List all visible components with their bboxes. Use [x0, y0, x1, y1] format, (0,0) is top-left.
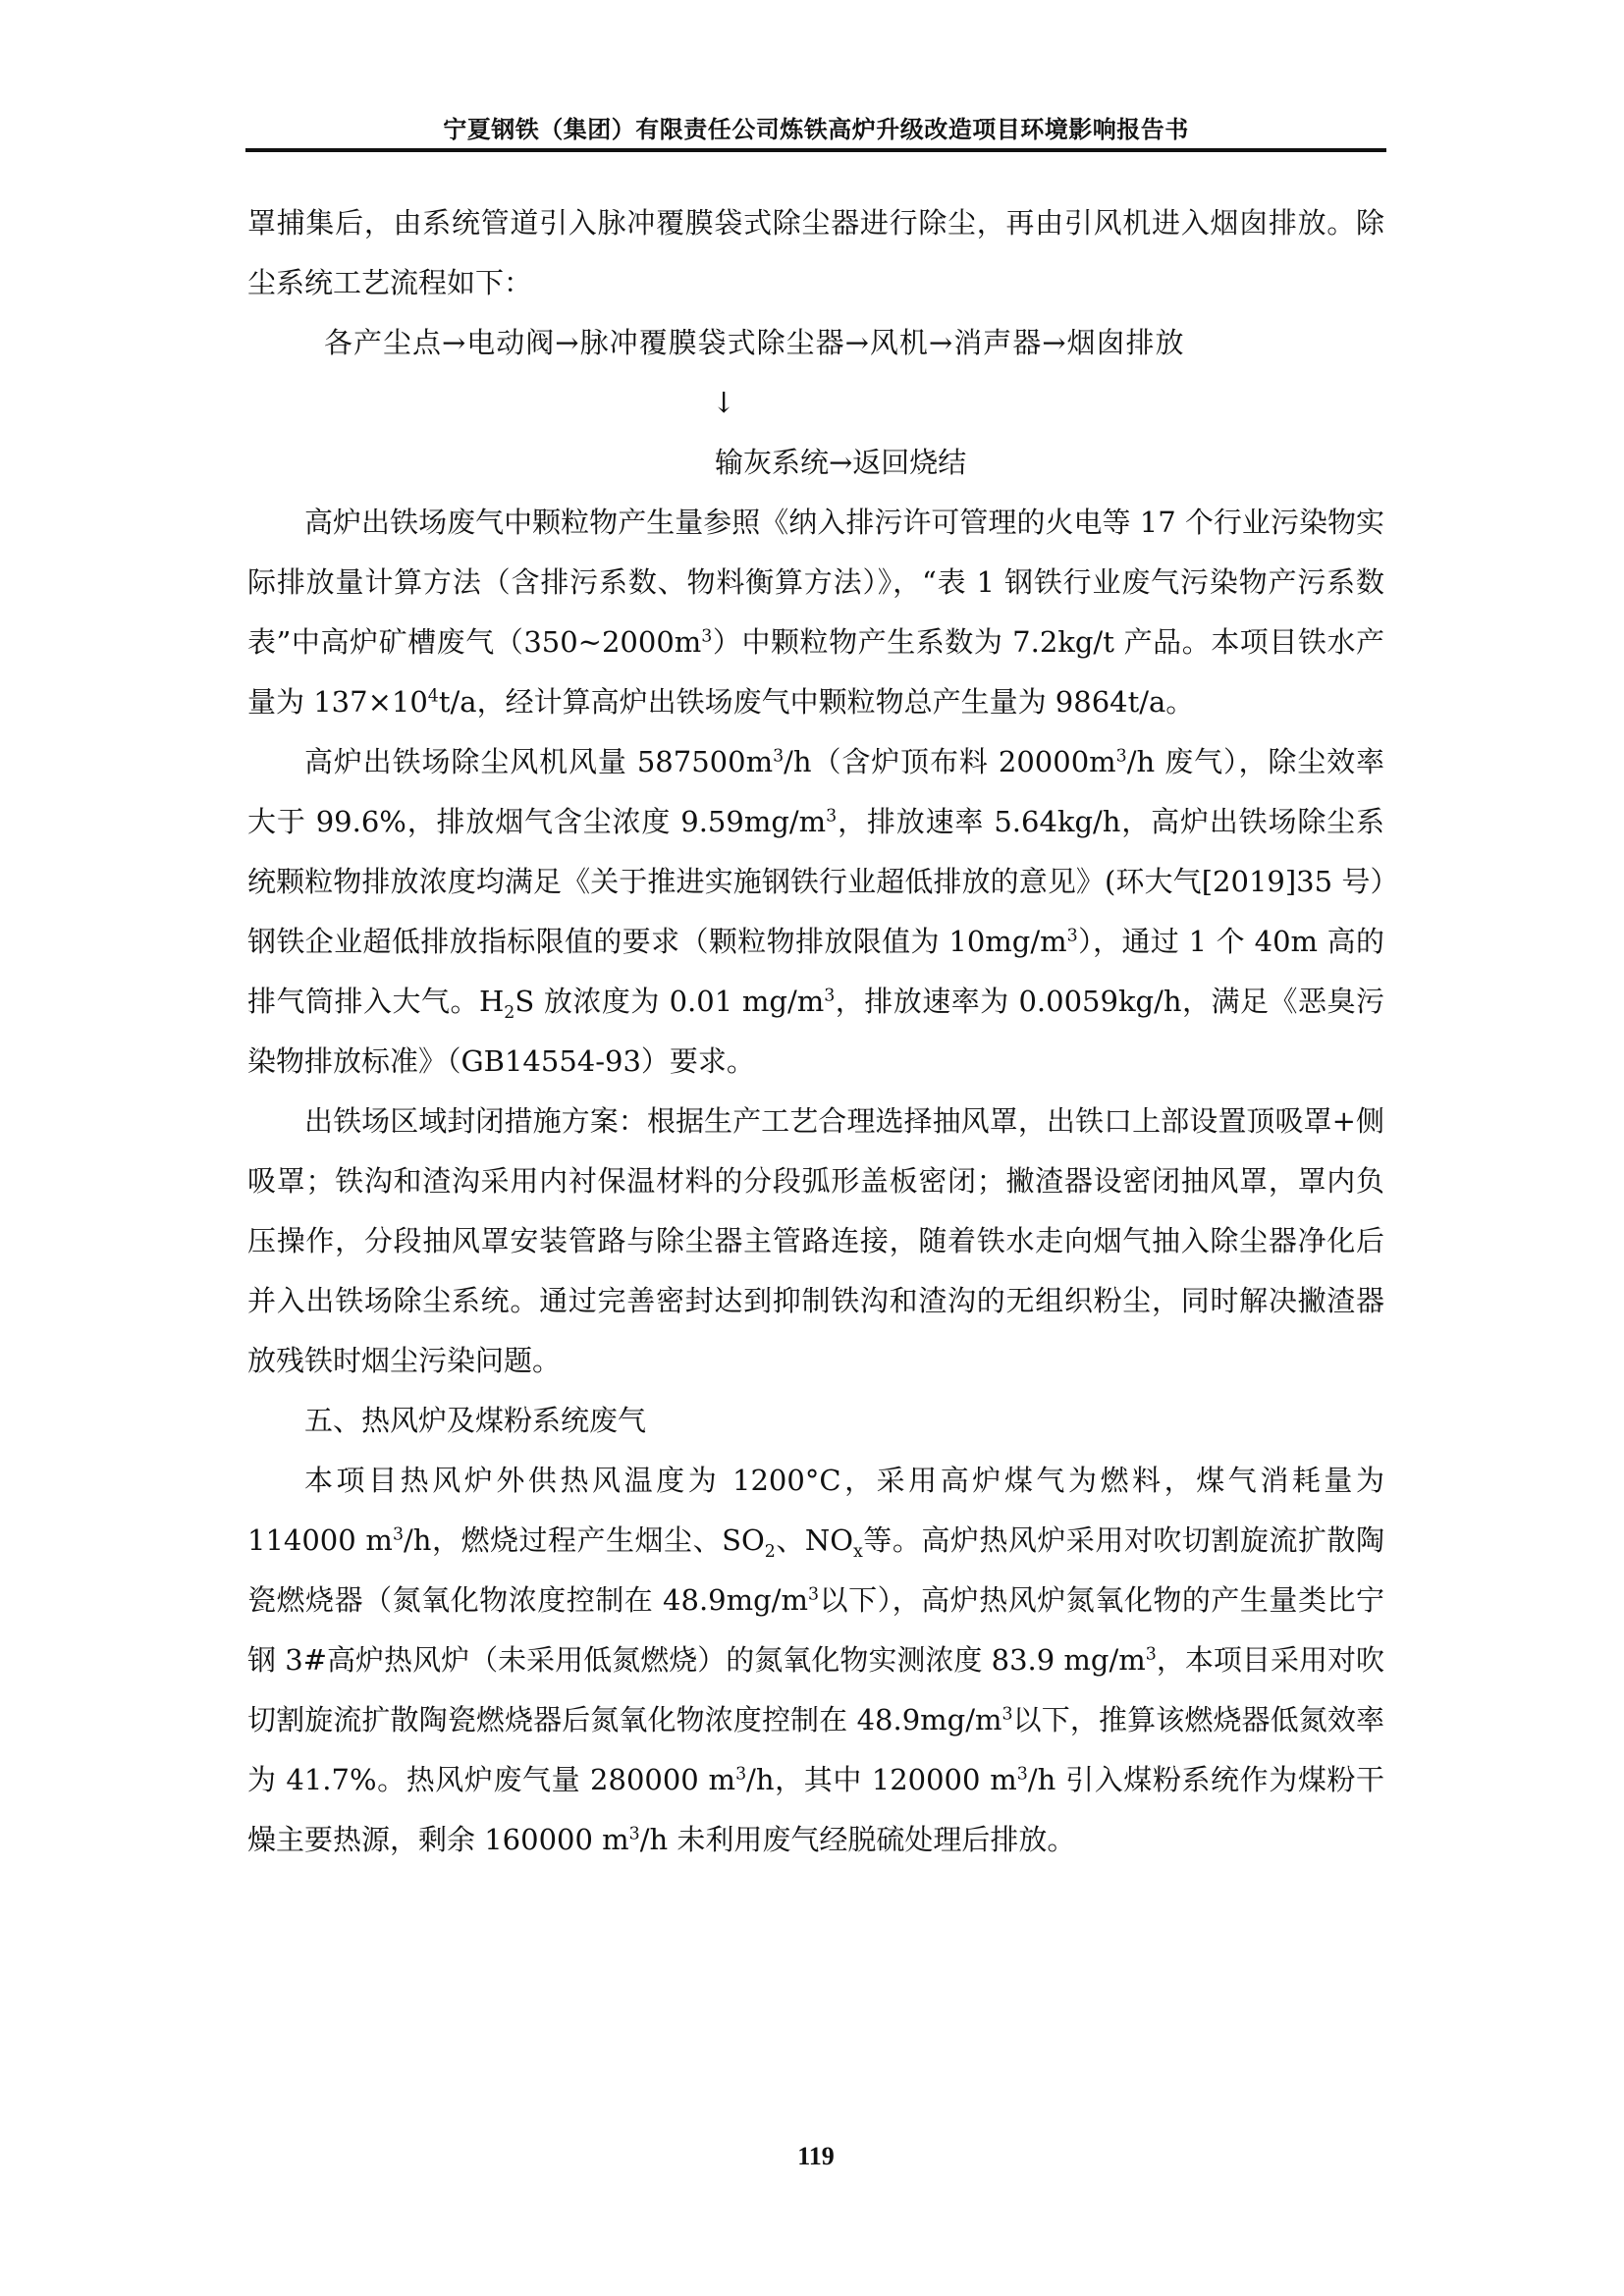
header-divider: [245, 148, 1386, 152]
superscript: 3: [1146, 1644, 1157, 1664]
superscript: 3: [1002, 1704, 1013, 1724]
section-heading: 五、热风炉及煤粉系统废气: [247, 1391, 1384, 1451]
document-body: 罩捕集后，由系统管道引入脉冲覆膜袋式除尘器进行除尘，再由引风机进入烟囱排放。除尘…: [247, 193, 1384, 1870]
text-segment: 高炉出铁场除尘风机风量 587500m: [304, 745, 773, 778]
superscript: 3: [735, 1764, 746, 1784]
superscript: 3: [808, 1584, 819, 1604]
superscript: 3: [826, 806, 837, 826]
superscript: 3: [1067, 926, 1078, 945]
superscript: 3: [629, 1824, 640, 1843]
paragraph-hot-blast-stove: 本项目热风炉外供热风温度为 1200°C，采用高炉煤气为燃料，煤气消耗量为 11…: [247, 1451, 1384, 1870]
superscript: 3: [824, 986, 835, 1005]
superscript: 3: [701, 626, 712, 646]
text-segment: /h，其中 120000 m: [746, 1763, 1017, 1796]
process-flow-down-arrow-icon: ↓: [247, 373, 1384, 433]
text-segment: 、NO: [776, 1523, 853, 1557]
text-segment: /h（含炉顶布料 20000m: [784, 745, 1116, 778]
subscript: 2: [765, 1542, 776, 1562]
superscript: 3: [773, 746, 784, 766]
text-segment: /h 未利用废气经脱硫处理后排放。: [640, 1823, 1076, 1856]
page-number: 119: [245, 2142, 1386, 2171]
superscript: 3: [1017, 1764, 1028, 1784]
superscript: 3: [393, 1524, 404, 1544]
paragraph-particulate-generation: 高炉出铁场废气中颗粒物产生量参照《纳入排污许可管理的火电等 17 个行业污染物实…: [247, 493, 1384, 732]
document-header: 宁夏钢铁（集团）有限责任公司炼铁高炉升级改造项目环境影响报告书: [245, 110, 1386, 144]
subscript: x: [853, 1542, 863, 1562]
text-segment: t/a，经计算高炉出铁场废气中颗粒物总产生量为 9864t/a。: [439, 685, 1194, 719]
process-flow-main: 各产尘点→电动阀→脉冲覆膜袋式除尘器→风机→消声器→烟囱排放: [247, 313, 1384, 373]
superscript: 4: [428, 686, 439, 706]
paragraph-dust-collection-intro: 罩捕集后，由系统管道引入脉冲覆膜袋式除尘器进行除尘，再由引风机进入烟囱排放。除尘…: [247, 193, 1384, 313]
text-segment: /h，燃烧过程产生烟尘、SO: [404, 1523, 765, 1557]
paragraph-tapping-area-enclosure: 出铁场区域封闭措施方案：根据生产工艺合理选择抽风罩，出铁口上部设置顶吸罩+侧吸罩…: [247, 1092, 1384, 1391]
superscript: 3: [1116, 746, 1127, 766]
process-flow-branch: 输灰系统→返回烧结: [247, 433, 1384, 493]
subscript: 2: [504, 1003, 514, 1023]
paragraph-dust-removal-fan: 高炉出铁场除尘风机风量 587500m3/h（含炉顶布料 20000m3/h 废…: [247, 732, 1384, 1092]
text-segment: S 放浓度为 0.01 mg/m: [514, 985, 824, 1018]
